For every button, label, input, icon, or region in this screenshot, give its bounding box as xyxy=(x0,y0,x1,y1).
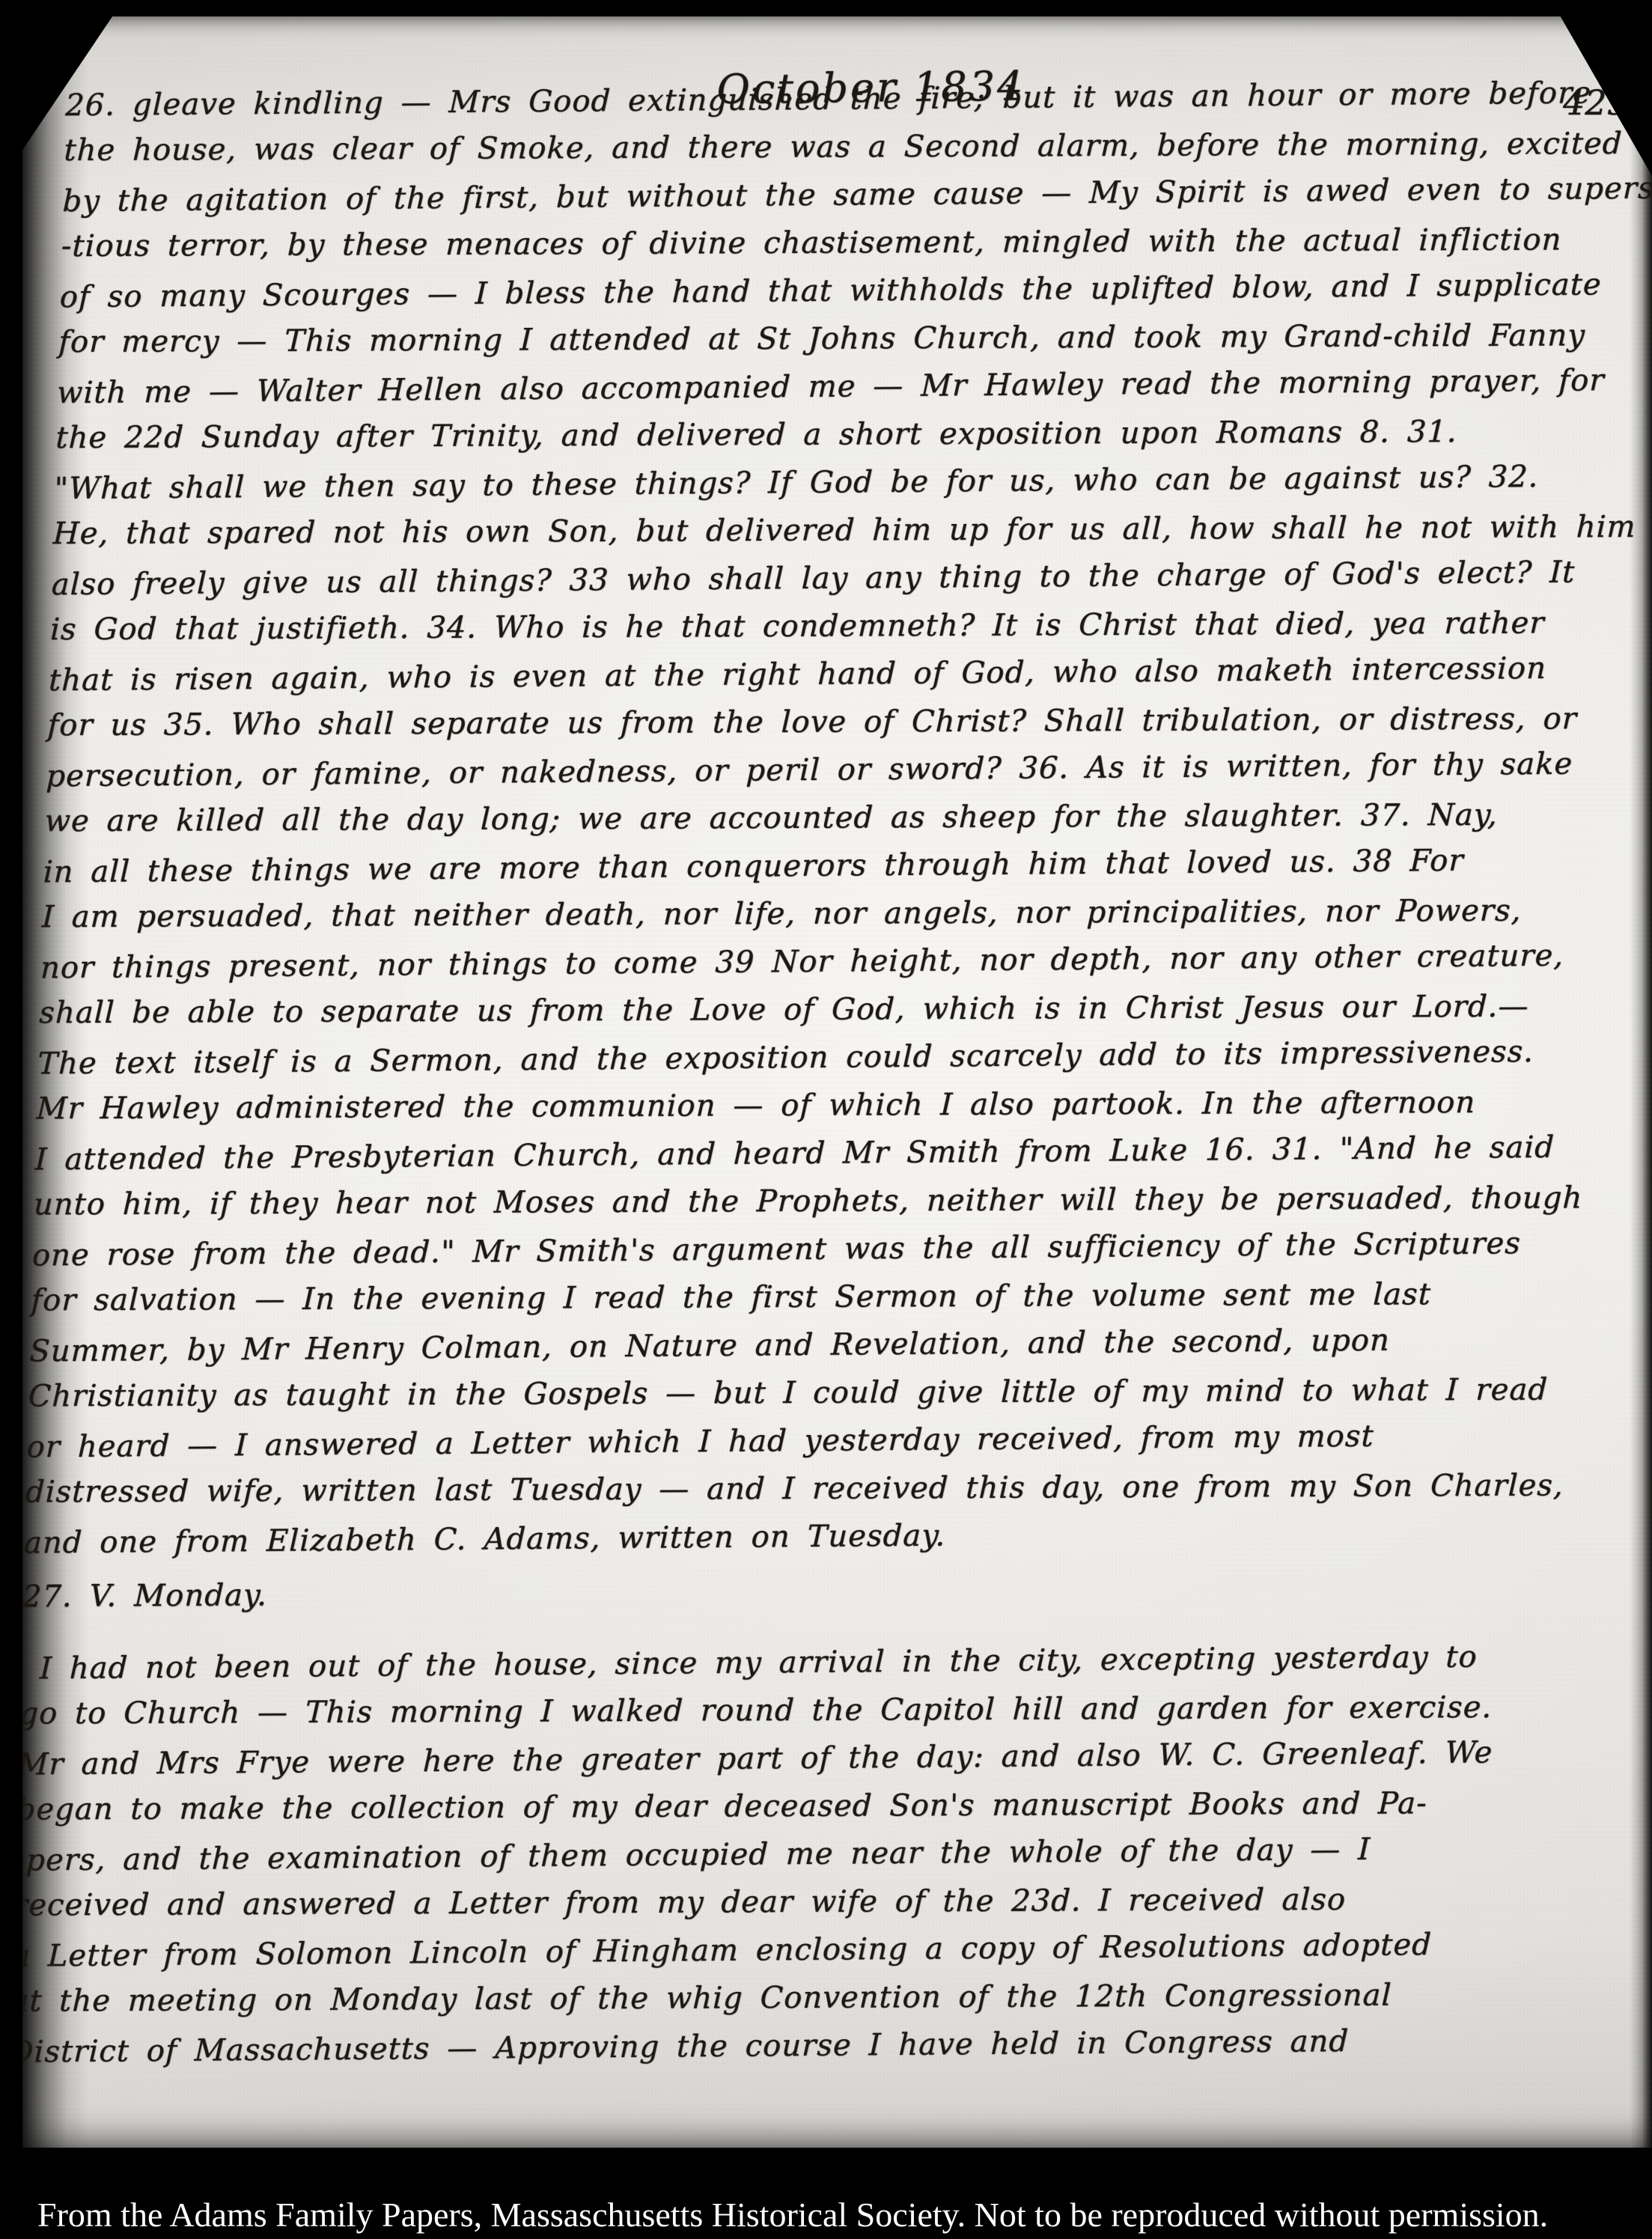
manuscript-line: District of Massachusetts — Approving th… xyxy=(22,2022,1587,2083)
scan-background: { "scan": { "month_year_heading": "Octob… xyxy=(0,0,1652,2239)
diary-entry-oct26: 26. gleave kindling — Mrs Good extinguis… xyxy=(23,77,1643,1572)
diary-page-scan: October 1834 429. 26. gleave kindling — … xyxy=(22,16,1652,2148)
credit-footer-band: From the Adams Family Papers, Massaschus… xyxy=(0,2148,1652,2239)
diary-entry-oct27: I had not been out of the house, since m… xyxy=(22,1641,1598,2082)
footer-credit-text: From the Adams Family Papers, Massaschus… xyxy=(37,2193,1649,2237)
manuscript-line: and one from Elizabeth C. Adams, written… xyxy=(23,1513,1602,1574)
manuscript-text: 26. gleave kindling — Mrs Good extinguis… xyxy=(22,77,1643,2081)
entry-heading-oct27: 27. V. Monday. xyxy=(22,1571,1600,1628)
